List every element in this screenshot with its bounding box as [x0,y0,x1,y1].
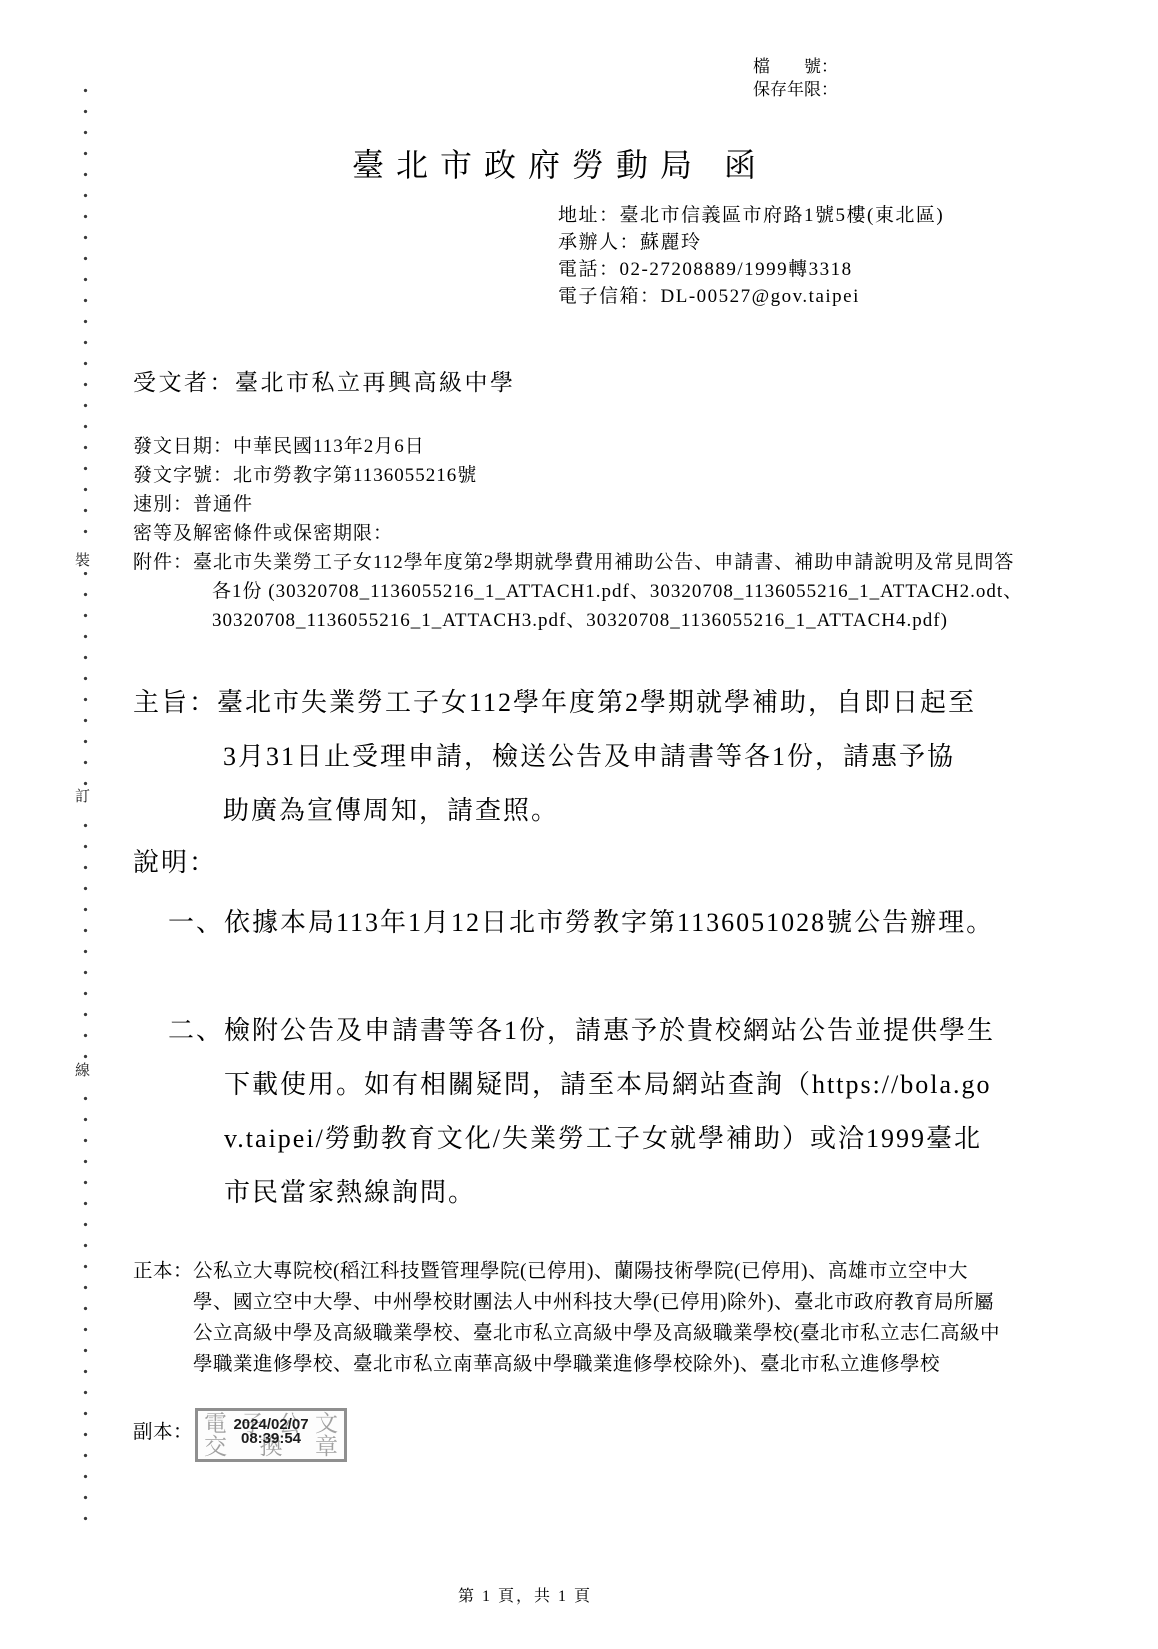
retention-period-label: 保存年限： [753,78,838,101]
item-2-text: 檢附公告及申請書等各1份，請惠予於貴校網站公告並提供學生下載使用。如有相關疑問，… [224,1016,995,1207]
security-classification: 密等及解密條件或保密期限： [133,519,1028,548]
sender-email: 電子信箱：DL-00527@gov.taipei [558,283,960,310]
binding-mark-ding: 訂 [75,786,90,808]
description-item-2: 二、檢附公告及申請書等各1份，請惠予於貴校網站公告並提供學生下載使用。如有相關疑… [168,1004,996,1220]
subject-label: 主旨： [133,688,217,717]
document-meta-block: 發文日期：中華民國113年2月6日 發文字號：北市勞教字第1136055216號… [133,432,1028,635]
document-title: 臺北市政府勞動局 函 [0,140,1120,186]
description-item-1-line: 一、依據本局113年1月12日北市勞教字第1136051028號公告辦理。 [168,896,996,950]
description-item-2-line: 二、檢附公告及申請書等各1份，請惠予於貴校網站公告並提供學生下載使用。如有相關疑… [168,1004,996,1220]
attachment-label: 附件： [133,552,193,573]
electronic-exchange-stamp: 電子公文 交換章 2024/02/07 08:39:54 [195,1408,347,1462]
stamp-time: 08:39:54 [198,1432,344,1446]
original-recipients-block: 正本：公私立大專院校(稻江科技暨管理學院(已停用)、蘭陽技術學院(已停用)、高雄… [133,1256,1001,1380]
sender-info-block: 地址：臺北市信義區市府路1號5樓(東北區) 承辦人：蘇麗玲 電話：02-2720… [558,202,960,310]
binding-mark-xian: 線 [75,1060,90,1082]
recipient-line: 受文者：臺北市私立再興高級中學 [133,364,516,397]
copy-label: 副本： [133,1416,193,1444]
file-number-label: 檔 號： [753,55,838,78]
sender-phone: 電話：02-27208889/1999轉3318 [558,256,960,283]
page-number-footer: 第 1 頁，共 1 頁 [0,1583,1050,1606]
sender-contact-person: 承辦人：蘇麗玲 [558,229,960,256]
attachment-line: 附件：臺北市失業勞工子女112學年度第2學期就學費用補助公告、申請書、補助申請說… [133,548,1028,635]
copy-recipients-row: 副本： 電子公文 交換章 2024/02/07 08:39:54 [133,1408,347,1462]
priority: 速別：普通件 [133,490,1028,519]
sender-address: 地址：臺北市信義區市府路1號5樓(東北區) [558,202,960,229]
description-label: 說明： [133,842,217,879]
issue-date: 發文日期：中華民國113年2月6日 [133,432,1028,461]
subject-text: 臺北市失業勞工子女112學年度第2學期就學補助，自即日起至3月31日止受理申請，… [217,688,976,825]
description-item-1: 一、依據本局113年1月12日北市勞教字第1136051028號公告辦理。 [168,896,996,950]
original-label: 正本： [133,1261,193,1282]
item-1-number: 一、 [168,908,224,937]
item-1-text: 依據本局113年1月12日北市勞教字第1136051028號公告辦理。 [224,908,994,937]
binding-mark-zhuang: 裝 [75,550,90,572]
binding-dotted-line [83,88,88,1536]
subject-block: 主旨：臺北市失業勞工子女112學年度第2學期就學補助，自即日起至3月31日止受理… [133,676,981,838]
item-2-number: 二、 [168,1016,224,1045]
subject-line: 主旨：臺北市失業勞工子女112學年度第2學期就學補助，自即日起至3月31日止受理… [133,676,981,838]
file-number-block: 檔 號： 保存年限： [753,55,838,101]
attachment-text: 臺北市失業勞工子女112學年度第2學期就學費用補助公告、申請書、補助申請說明及常… [193,552,1023,631]
original-list: 公私立大專院校(稻江科技暨管理學院(已停用)、蘭陽技術學院(已停用)、高雄市立空… [193,1261,1000,1375]
document-number: 發文字號：北市勞教字第1136055216號 [133,461,1028,490]
original-recipients-line: 正本：公私立大專院校(稻江科技暨管理學院(已停用)、蘭陽技術學院(已停用)、高雄… [133,1256,1001,1380]
stamp-datetime: 2024/02/07 08:39:54 [198,1418,344,1446]
